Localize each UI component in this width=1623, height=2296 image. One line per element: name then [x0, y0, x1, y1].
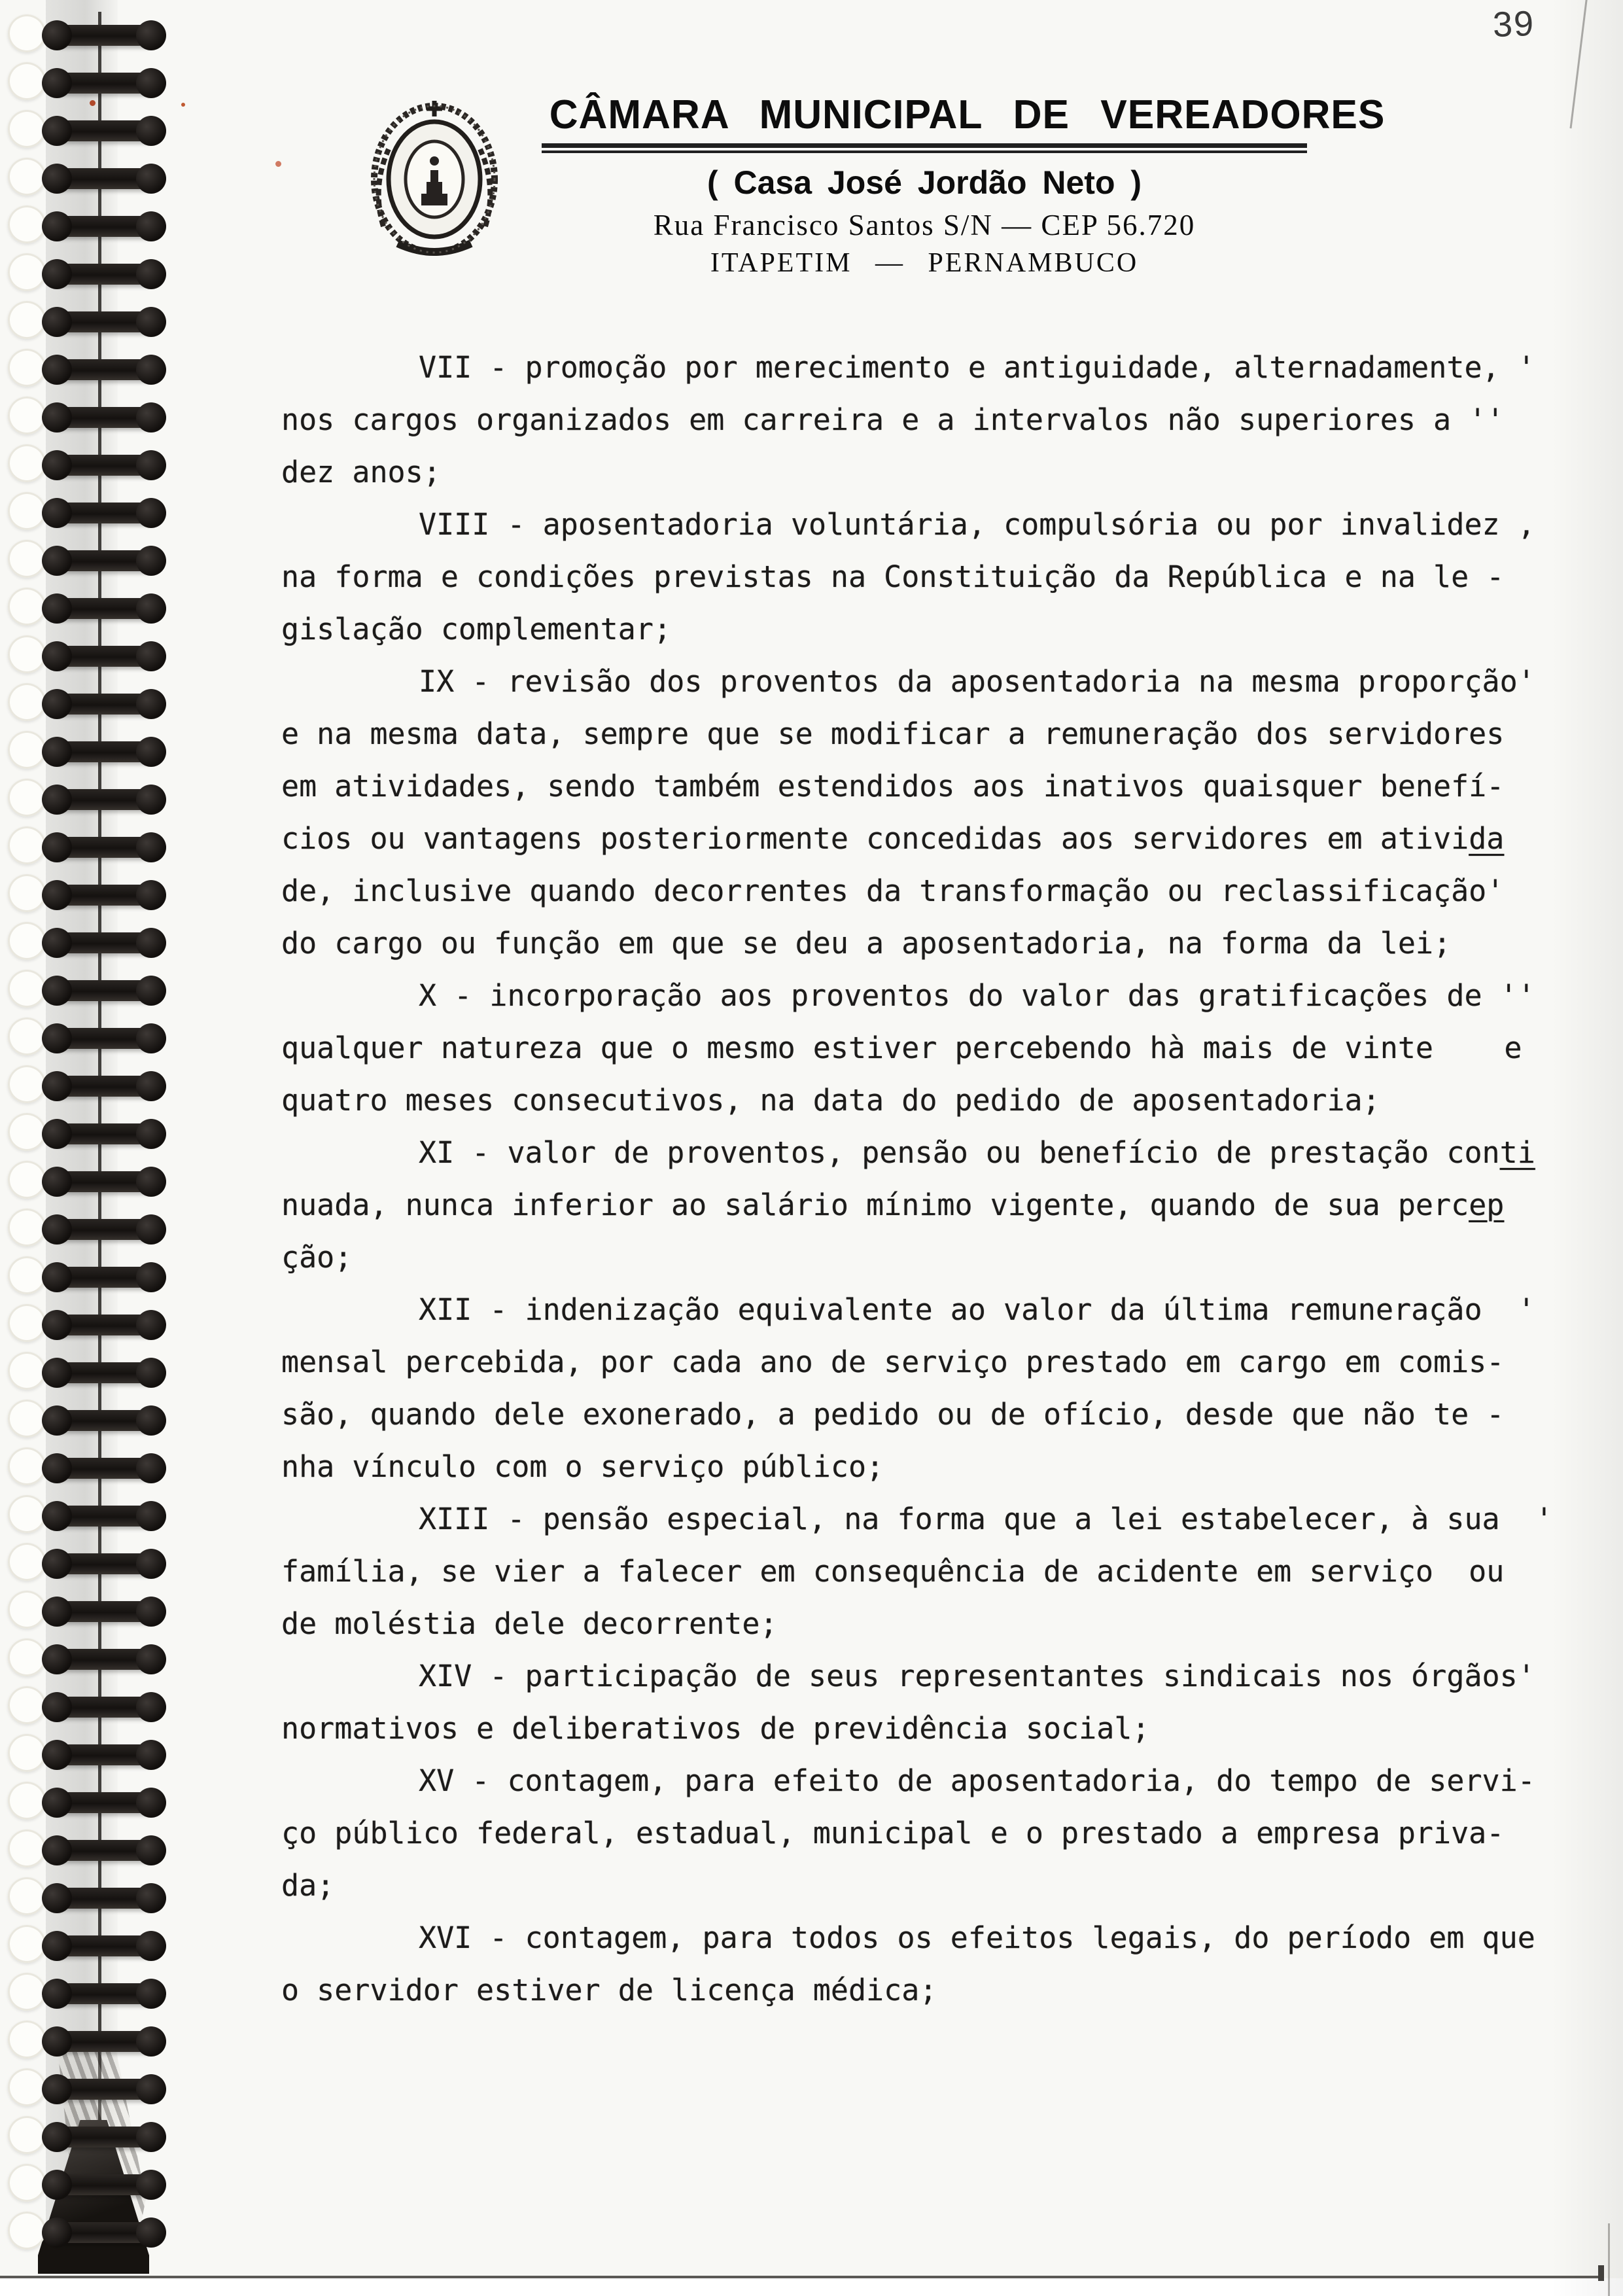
spiral-loop-icon — [48, 73, 158, 94]
spiral-loop-icon — [48, 885, 158, 906]
text-line: e na mesma data, sempre que se modificar… — [281, 708, 1544, 760]
spiral-loop-icon — [48, 2079, 158, 2100]
text-line: gislação complementar; — [281, 603, 1544, 656]
spiral-loop-icon — [48, 741, 158, 762]
spiral-loop-icon — [48, 1935, 158, 1956]
spiral-loop-icon — [48, 1697, 158, 1718]
punch-hole — [8, 62, 46, 100]
punch-hole — [8, 110, 46, 148]
spiral-loop-icon — [48, 503, 158, 523]
punch-hole — [8, 1686, 46, 1724]
punch-hole — [8, 922, 46, 960]
spiral-loop-icon — [48, 1028, 158, 1049]
spiral-loop-icon — [48, 359, 158, 380]
punch-hole — [8, 301, 46, 339]
punch-hole — [8, 1495, 46, 1533]
text-line: XI - valor de proventos, pensão ou benef… — [281, 1127, 1544, 1179]
punch-hole — [8, 1638, 46, 1676]
punch-hole — [8, 1161, 46, 1199]
title-underline — [542, 143, 1307, 153]
punch-hole — [8, 970, 46, 1008]
spiral-loop-icon — [48, 1171, 158, 1192]
spiral-loop-icon — [48, 1362, 158, 1383]
edge-mark — [1598, 2265, 1604, 2281]
spiral-loop-icon — [48, 598, 158, 619]
spiral-loop-icon — [48, 1983, 158, 2004]
punch-hole — [8, 1113, 46, 1151]
page-number: 39 — [1492, 3, 1535, 45]
spiral-loop-icon — [48, 25, 158, 46]
spiral-loop-icon — [48, 980, 158, 1001]
spiral-loop-icon — [48, 455, 158, 476]
text-line: de moléstia dele decorrente; — [281, 1598, 1544, 1650]
ink-speck — [181, 103, 185, 107]
text-line: VII - promoção por merecimento e antigui… — [281, 342, 1544, 394]
spiral-loop-icon — [48, 550, 158, 571]
page-edge-bottom-right — [1608, 2223, 1610, 2296]
punch-hole — [8, 1877, 46, 1915]
spiral-loop-icon — [48, 1744, 158, 1765]
spiral-loop-icon — [48, 1649, 158, 1670]
punch-hole — [8, 2021, 46, 2058]
spiral-loop-icon — [48, 1076, 158, 1097]
spiral-loop-icon — [48, 120, 158, 141]
spiral-loop-icon — [48, 2174, 158, 2195]
punch-hole — [8, 1447, 46, 1485]
punch-hole — [8, 1352, 46, 1390]
spiral-loop-icon — [48, 407, 158, 428]
text-line: dez anos; — [281, 446, 1544, 499]
text-line: família, se vier a falecer em consequênc… — [281, 1545, 1544, 1598]
spiral-loop-icon — [48, 2127, 158, 2147]
spiral-loop-icon — [48, 1267, 158, 1288]
text-line: nuada, nunca inferior ao salário mínimo … — [281, 1179, 1544, 1231]
spiral-loop-icon — [48, 311, 158, 332]
spiral-loop-icon — [48, 1553, 158, 1574]
punch-hole — [8, 1829, 46, 1867]
spiral-loop-icon — [48, 1219, 158, 1240]
punch-hole — [8, 158, 46, 196]
punch-hole — [8, 492, 46, 530]
punch-hole — [8, 1734, 46, 1772]
crest-logo-icon — [358, 96, 510, 264]
text-line: XVI - contagem, para todos os efeitos le… — [281, 1912, 1544, 1964]
text-line: da; — [281, 1860, 1544, 1912]
text-line: X - incorporação aos proventos do valor … — [281, 970, 1544, 1022]
spiral-loop-icon — [48, 1792, 158, 1813]
spiral-loop-icon — [48, 789, 158, 810]
punch-hole — [8, 779, 46, 817]
document-body: VII - promoção por merecimento e antigui… — [281, 342, 1544, 2017]
spiral-loop-icon — [48, 1840, 158, 1861]
text-line: o servidor estiver de licença médica; — [281, 1964, 1544, 2017]
spiral-loop-icon — [48, 1123, 158, 1144]
text-line: ção; — [281, 1231, 1544, 1284]
text-line: XIII - pensão especial, na forma que a l… — [281, 1493, 1544, 1545]
spiral-loop-icon — [48, 1458, 158, 1479]
punch-hole — [8, 588, 46, 626]
scanned-page: 39 CÂMARA MUNICIPAL DE VEREADORES ( Casa… — [0, 0, 1623, 2296]
spiral-loop-icon — [48, 694, 158, 715]
text-line: de, inclusive quando decorrentes da tran… — [281, 865, 1544, 917]
punch-hole — [8, 2212, 46, 2250]
punch-hole — [8, 2068, 46, 2106]
spiral-loop-icon — [48, 837, 158, 858]
punch-hole — [8, 731, 46, 769]
text-line: na forma e condições previstas na Consti… — [281, 551, 1544, 603]
letterhead-text: CÂMARA MUNICIPAL DE VEREADORES ( Casa Jo… — [542, 92, 1307, 279]
spiral-loop-icon — [48, 646, 158, 667]
punch-hole — [8, 874, 46, 912]
punch-hole — [8, 683, 46, 721]
punch-hole — [8, 1782, 46, 1820]
punch-hole — [8, 1017, 46, 1055]
punch-hole — [8, 397, 46, 434]
text-line: do cargo ou função em que se deu a apose… — [281, 917, 1544, 970]
ink-speck — [275, 161, 281, 167]
punch-hole — [8, 14, 46, 52]
text-line: normativos e deliberativos de previdênci… — [281, 1703, 1544, 1755]
punch-hole — [8, 1209, 46, 1246]
text-line: nos cargos organizados em carreira e a i… — [281, 394, 1544, 446]
punch-hole — [8, 540, 46, 578]
city-state-line: ITAPETIM — PERNAMBUCO — [542, 247, 1307, 279]
spiral-loop-icon — [48, 216, 158, 237]
spiral-loop-icon — [48, 1506, 158, 1527]
punch-hole — [8, 2116, 46, 2154]
address-line: Rua Francisco Santos S/N — CEP 56.720 — [542, 208, 1307, 242]
text-line: nha vínculo com o serviço público; — [281, 1441, 1544, 1493]
spiral-loop-icon — [48, 932, 158, 953]
punch-hole — [8, 826, 46, 864]
punch-hole — [8, 2164, 46, 2202]
text-line: VIII - aposentadoria voluntária, compuls… — [281, 499, 1544, 551]
punch-hole — [8, 1256, 46, 1294]
spiral-loop-icon — [48, 1601, 158, 1622]
spiral-loop-icon — [48, 2031, 158, 2052]
scanner-background — [0, 2278, 1623, 2296]
punch-hole — [8, 1973, 46, 2011]
punch-hole — [8, 635, 46, 673]
punch-hole — [8, 1925, 46, 1963]
text-line: em atividades, sendo também estendidos a… — [281, 760, 1544, 813]
spiral-binding — [0, 0, 170, 2296]
punch-hole — [8, 1065, 46, 1103]
punch-hole — [8, 1400, 46, 1438]
spiral-loop-icon — [48, 168, 158, 189]
text-line: são, quando dele exonerado, a pedido ou … — [281, 1388, 1544, 1441]
text-line: mensal percebida, por cada ano de serviç… — [281, 1336, 1544, 1388]
spiral-loop-icon — [48, 1315, 158, 1335]
text-line: cios ou vantagens posteriormente concedi… — [281, 813, 1544, 865]
punch-hole — [8, 1543, 46, 1581]
text-line: IX - revisão dos proventos da aposentado… — [281, 656, 1544, 708]
text-line: XIV - participação de seus representante… — [281, 1650, 1544, 1703]
punch-hole — [8, 444, 46, 482]
page-edge-top-right — [1570, 0, 1588, 128]
text-line: XII - indenização equivalente ao valor d… — [281, 1284, 1544, 1336]
organization-title: CÂMARA MUNICIPAL DE VEREADORES — [550, 92, 1300, 138]
spiral-loop-icon — [48, 1888, 158, 1909]
ink-speck — [90, 100, 96, 106]
text-line: quatro meses consecutivos, na data do pe… — [281, 1074, 1544, 1127]
spiral-loop-icon — [48, 1410, 158, 1431]
punch-hole — [8, 349, 46, 387]
text-line: XV - contagem, para efeito de aposentado… — [281, 1755, 1544, 1807]
spiral-loop-icon — [48, 2222, 158, 2243]
spiral-loop-icon — [48, 264, 158, 285]
punch-hole — [8, 1304, 46, 1342]
text-line: ço público federal, estadual, municipal … — [281, 1807, 1544, 1860]
house-name: ( Casa José Jordão Neto ) — [542, 164, 1307, 202]
text-line: qualquer natureza que o mesmo estiver pe… — [281, 1022, 1544, 1074]
punch-hole — [8, 1591, 46, 1629]
punch-hole — [8, 205, 46, 243]
punch-hole — [8, 253, 46, 291]
